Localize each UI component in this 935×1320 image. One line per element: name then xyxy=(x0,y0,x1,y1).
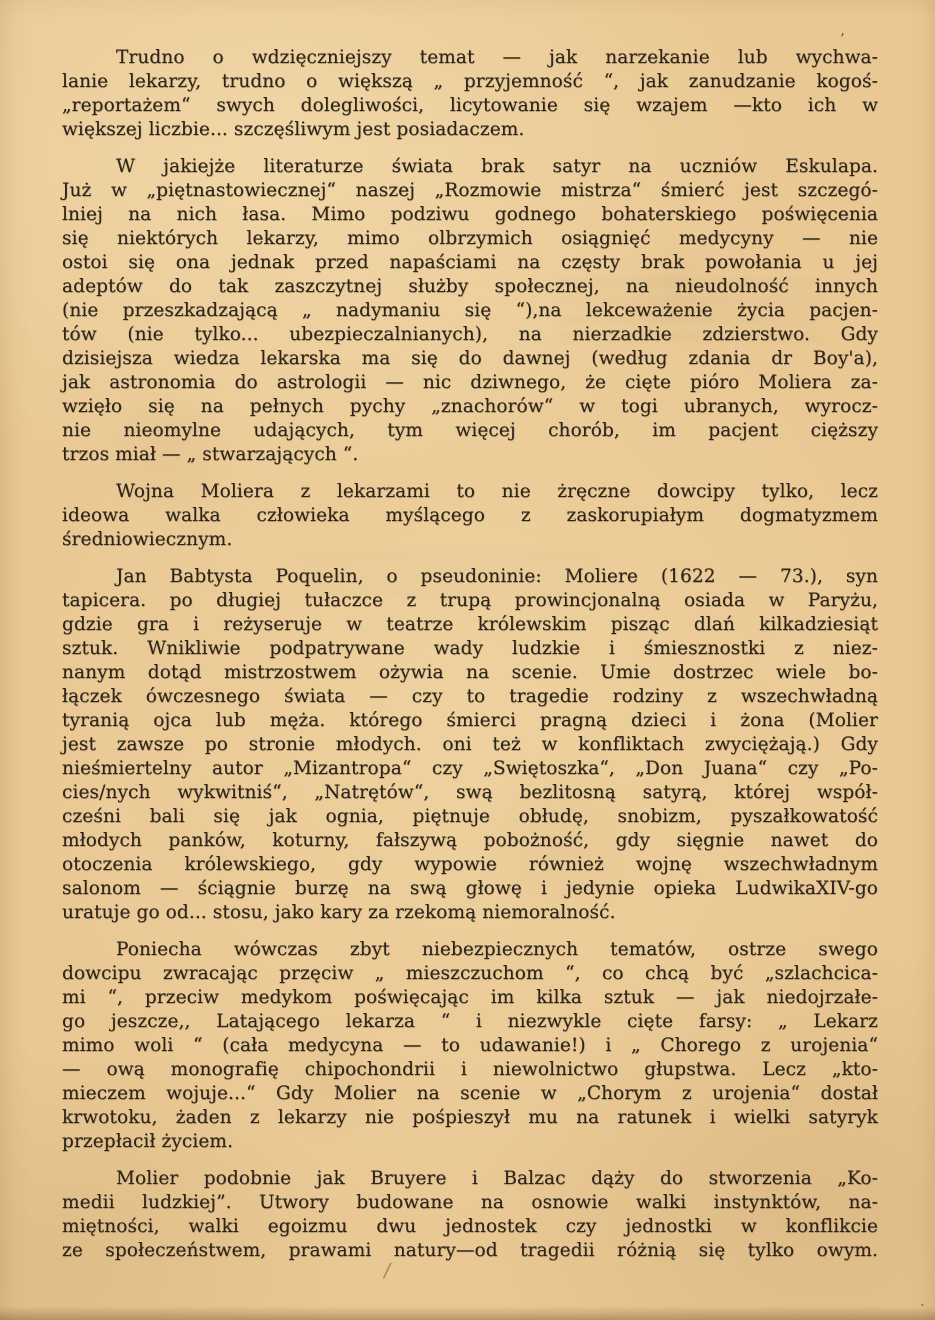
text-line: dzisiejsza wiedza lekarska ma się do daw… xyxy=(62,347,878,371)
paragraph: Trudno o wdzięczniejszy temat — jak narz… xyxy=(62,46,878,142)
document-text: Trudno o wdzięczniejszy temat — jak narz… xyxy=(62,46,878,1263)
text-line: Poniecha wówczas zbyt niebezpiecznych te… xyxy=(62,938,878,962)
text-line: — ową monografię chipochondrii i niewoln… xyxy=(62,1058,878,1082)
paragraph: Wojna Moliera z lekarzami to nie żręczne… xyxy=(62,480,878,552)
text-line: jest zawsze po stronie młodych. oni też … xyxy=(62,733,878,757)
text-line: Molier podobnie jak Bruyere i Balzac dąż… xyxy=(62,1167,878,1191)
paragraph: Molier podobnie jak Bruyere i Balzac dąż… xyxy=(62,1167,878,1263)
text-line: mimo woli “ (cała medycyna — to udawanie… xyxy=(62,1034,878,1058)
text-line: dowcipu zwracając przęciw „ mieszczuchom… xyxy=(62,962,878,986)
text-line: krwotoku, żaden z lekarzy nie pośpieszył… xyxy=(62,1106,878,1130)
text-line: Wojna Moliera z lekarzami to nie żręczne… xyxy=(62,480,878,504)
text-line: uratuje go od... stosu, jako kary za rze… xyxy=(62,901,878,925)
text-line: Już w „piętnastowiecznej“ naszej „Rozmow… xyxy=(62,179,878,203)
text-line: Jan Babtysta Poquelin, o pseudoninie: Mo… xyxy=(62,565,878,589)
paragraph: Jan Babtysta Poquelin, o pseudoninie: Mo… xyxy=(62,565,878,925)
text-line: ideowa walka człowieka myślącego z zasko… xyxy=(62,504,878,528)
text-line: mi “, przeciw medykom poświęcając im kil… xyxy=(62,986,878,1010)
text-line: tów (nie tylko... ubezpieczalnianych), n… xyxy=(62,323,878,347)
paragraph: Poniecha wówczas zbyt niebezpiecznych te… xyxy=(62,938,878,1154)
text-line: cześni bali się jak ognia, piętnuje obłu… xyxy=(62,805,878,829)
text-line: go jeszcze,, Latającego lekarza “ i niez… xyxy=(62,1010,878,1034)
text-line: adeptów do tak zaszczytnej służby społec… xyxy=(62,275,878,299)
text-line: nanym dotąd mistrzostwem ożywia na sceni… xyxy=(62,661,878,685)
text-line: Trudno o wdzięczniejszy temat — jak narz… xyxy=(62,46,878,70)
text-line: „reportażem“ swych dolegliwości, licytow… xyxy=(62,94,878,118)
text-line: ze społeczeństwem, prawami natury—od tra… xyxy=(62,1239,878,1263)
text-line: lniej na nich łasa. Mimo podziwu godnego… xyxy=(62,203,878,227)
text-line: otoczenia królewskiego, gdy wypowie równ… xyxy=(62,853,878,877)
page-edge-shadow xyxy=(0,1306,935,1320)
text-line: lanie lekarzy, trudno o większą „ przyje… xyxy=(62,70,878,94)
text-line: się niektórych lekarzy, mimo olbrzymich … xyxy=(62,227,878,251)
text-line: cies/nych wykwitniś“, „Natrętów“, swą be… xyxy=(62,781,878,805)
text-line: większej liczbie... szczęśliwym jest pos… xyxy=(62,118,878,142)
scanned-page: Trudno o wdzięczniejszy temat — jak narz… xyxy=(0,0,935,1320)
text-line: gdzie gra i reżyseruje w teatrze królews… xyxy=(62,613,878,637)
text-line: tyranią ojca lub męża. którego śmierci p… xyxy=(62,709,878,733)
text-line: tapicera. po długiej tułaczce z trupą pr… xyxy=(62,589,878,613)
text-line: wzięło się na pełnych pychy „znachorów“ … xyxy=(62,395,878,419)
text-line: młodych panków, koturny, fałszywą pobożn… xyxy=(62,829,878,853)
text-line: nie nieomylne udających, tym więcej chor… xyxy=(62,419,878,443)
text-line: średniowiecznym. xyxy=(62,528,878,552)
text-line: nieśmiertelny autor „Mizantropa“ czy „Sw… xyxy=(62,757,878,781)
text-line: medii ludzkiej”. Utwory budowane na osno… xyxy=(62,1191,878,1215)
text-line: sztuk. Wnikliwie podpatrywane wady ludzk… xyxy=(62,637,878,661)
text-line: łączek ówczesnego świata — czy to traged… xyxy=(62,685,878,709)
text-line: salonom — ściągnie burzę na swą głowę i … xyxy=(62,877,878,901)
text-line: (nie przeszkadzającą „ nadymaniu się “),… xyxy=(62,299,878,323)
text-line: przepłacił życiem. xyxy=(62,1130,878,1154)
text-line: trzos miał — „ stwarzających “. xyxy=(62,443,878,467)
text-line: W jakiejże literaturze świata brak satyr… xyxy=(62,155,878,179)
text-line: jak astronomia do astrologii — nic dziwn… xyxy=(62,371,878,395)
paragraph: W jakiejże literaturze świata brak satyr… xyxy=(62,155,878,467)
text-line: ostoi się ona jednak przed napaściami na… xyxy=(62,251,878,275)
text-line: miętności, walki egoizmu dwu jednostek c… xyxy=(62,1215,878,1239)
ink-speck: . xyxy=(920,1292,925,1310)
text-line: mieczem wojuje...“ Gdy Molier na scenie … xyxy=(62,1082,878,1106)
